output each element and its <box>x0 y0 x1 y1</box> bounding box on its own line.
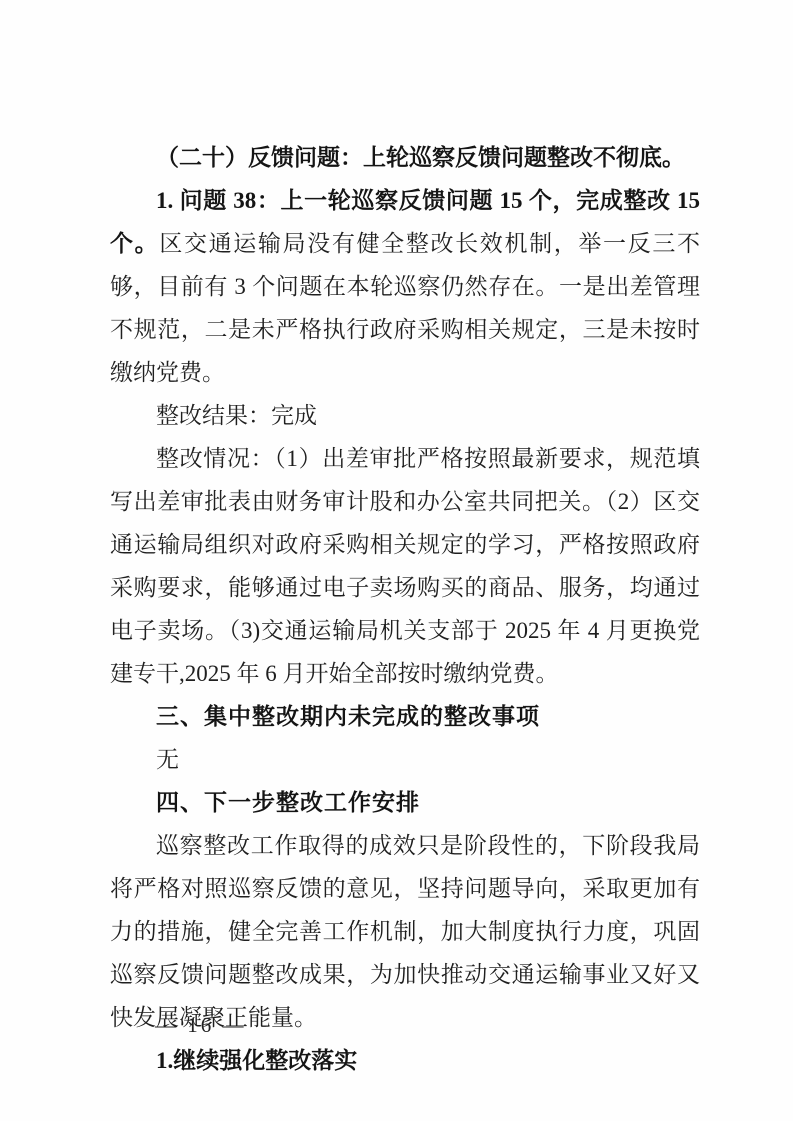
document-body: （二十）反馈问题：上轮巡察反馈问题整改不彻底。1. 问题 38：上一轮巡察反馈问… <box>110 136 700 1082</box>
section-heading: 三、集中整改期内未完成的整改事项 <box>110 695 700 738</box>
page-number: — 16 — <box>155 1010 247 1040</box>
paragraph: 巡察整改工作取得的成效只是阶段性的，下阶段我局将严格对照巡察反馈的意见，坚持问题… <box>110 824 700 1039</box>
paragraph: 整改情况：（1）出差审批严格按照最新要求，规范填写出差审批表由财务审计股和办公室… <box>110 437 700 695</box>
paragraph: 无 <box>110 738 700 781</box>
sub-heading: 1.继续强化整改落实 <box>110 1039 700 1082</box>
paragraph: 1. 问题 38：上一轮巡察反馈问题 15 个，完成整改 15 个。区交通运输局… <box>110 179 700 394</box>
section-heading: 四、下一步整改工作安排 <box>110 781 700 824</box>
chapter-heading: （二十）反馈问题：上轮巡察反馈问题整改不彻底。 <box>110 136 700 179</box>
paragraph: 整改结果：完成 <box>110 394 700 437</box>
document-page: （二十）反馈问题：上轮巡察反馈问题整改不彻底。1. 问题 38：上一轮巡察反馈问… <box>0 0 793 1121</box>
paragraph-text: 区交通运输局没有健全整改长效机制，举一反三不够，目前有 3 个问题在本轮巡察仍然… <box>110 231 700 385</box>
page-number-text: — 16 — <box>155 1013 247 1037</box>
